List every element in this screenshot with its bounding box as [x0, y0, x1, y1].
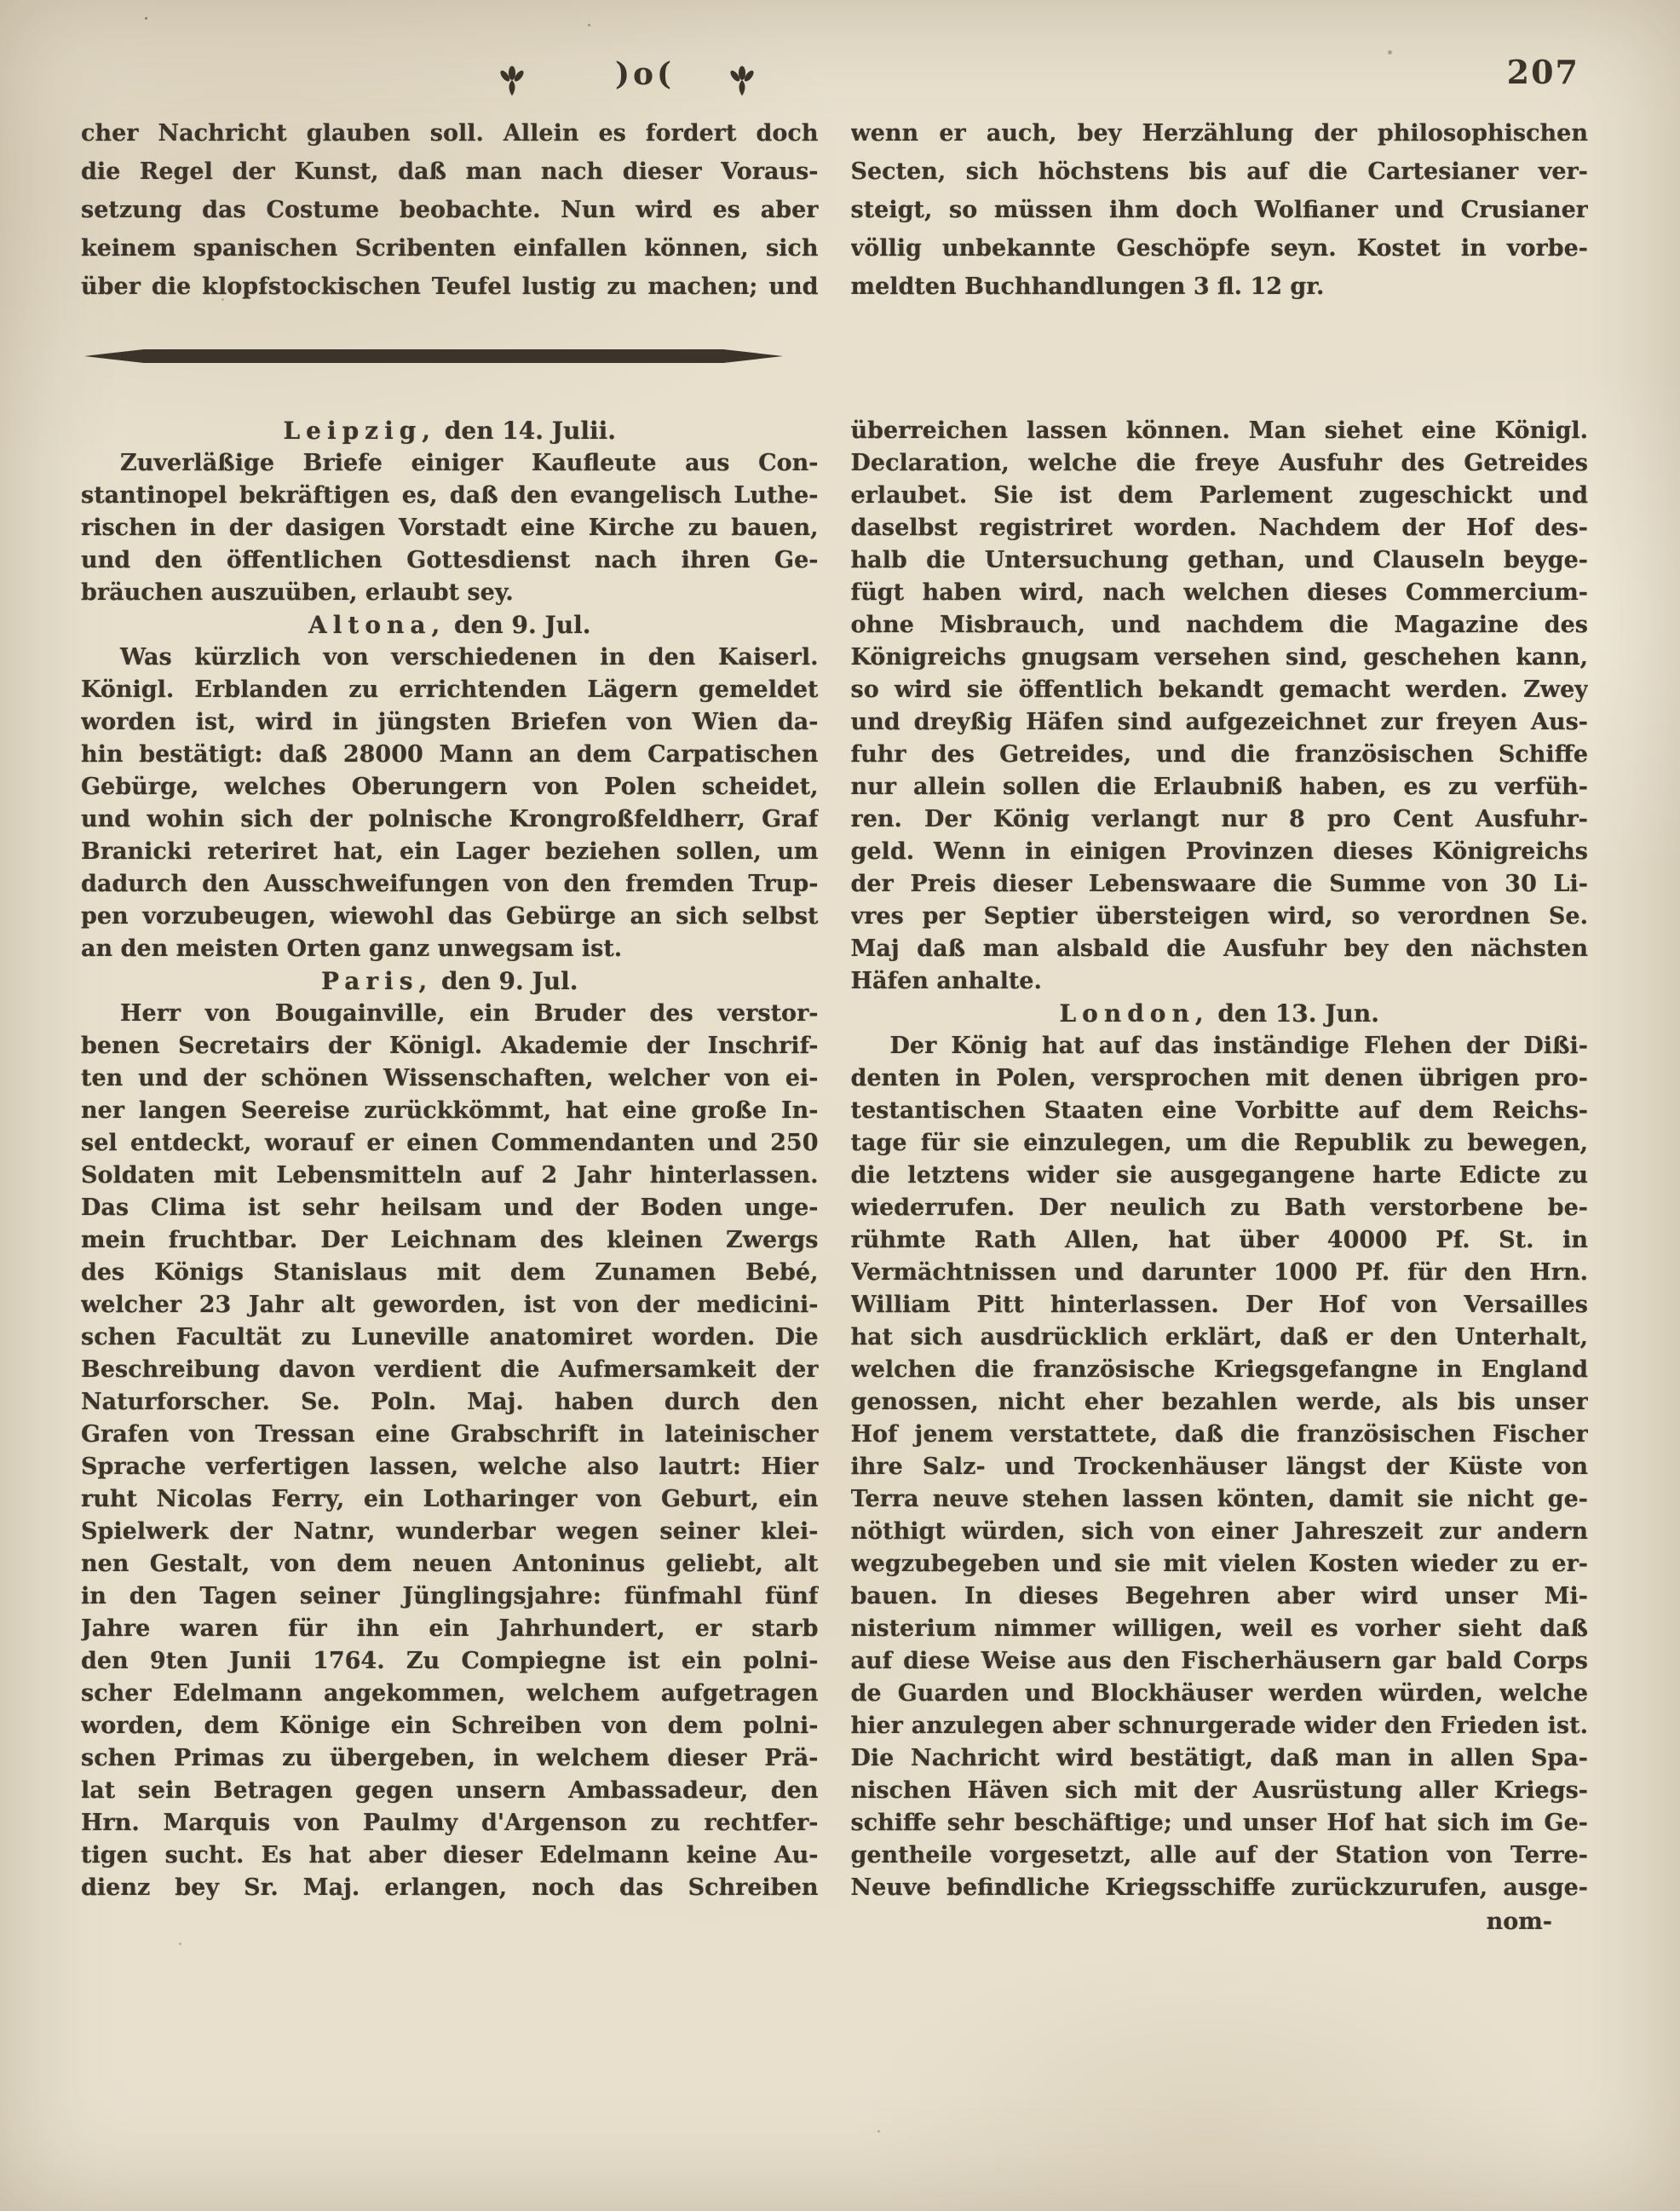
text-line: auf diese Weise aus den Fischerhäusern g… [851, 1645, 1589, 1678]
text-line: ruht Nicolas Ferry, ein Lotharinger von … [81, 1483, 819, 1516]
text-line: Terra neuve stehen lassen könten, damit … [851, 1483, 1589, 1516]
text-line: Neuve befindliche Kriegsschiffe zurückzu… [851, 1872, 1589, 1904]
text-line: Soldaten mit Lebensmitteln auf 2 Jahr hi… [81, 1160, 819, 1192]
text-line: tage für sie einzulegen, um die Republik… [851, 1127, 1589, 1160]
text-line: Jahre waren für ihn ein Jahrhundert, er … [81, 1613, 819, 1645]
text-line: vres per Septier übersteigen wird, so ve… [851, 901, 1589, 933]
text-line: Was kürzlich von verschiedenen in den Ka… [81, 642, 819, 674]
text-line: mein fruchtbar. Der Leichnam des kleinen… [81, 1224, 819, 1257]
text-line: meldten Buchhandlungen 3 fl. 12 gr. [851, 268, 1589, 306]
text-line: worden ist, wird in jüngsten Briefen von… [81, 706, 819, 739]
text-line: ren. Der König verlangt nur 8 pro Cent A… [851, 803, 1589, 836]
text-line: tigen sucht. Es hat aber dieser Edelmann… [81, 1840, 819, 1872]
text-line: Beschreibung davon verdient die Aufmersa… [81, 1354, 819, 1386]
text-line: nur allein sollen die Erlaubniß haben, e… [851, 771, 1589, 803]
text-line: daselbst registriret worden. Nachdem der… [851, 512, 1589, 544]
text-line: nischen Häven sich mit der Ausrüstung al… [851, 1775, 1589, 1807]
text-line: Häfen anhalte. [851, 965, 1589, 998]
dateline-heading: Paris, den 9. Jul. [81, 965, 819, 998]
text-line: Maj daß man alsbald die Ausfuhr bey den … [851, 933, 1589, 965]
text-line: Hrn. Marquis von Paulmy d'Argenson zu re… [81, 1807, 819, 1840]
text-line: nisterium nimmer willigen, weil es vorhe… [851, 1613, 1589, 1645]
text-line: nöthigt würden, sich von einer Jahreszei… [851, 1516, 1589, 1548]
text-line: dadurch den Ausschweifungen von den frem… [81, 868, 819, 901]
text-line: de Guarden und Blockhäuser werden würden… [851, 1678, 1589, 1710]
newspaper-page: )o( 207 cher Nachricht glauben soll. All… [0, 0, 1680, 2211]
text-line: welchen die französische Kriegsgefangne … [851, 1354, 1589, 1386]
text-line: Declaration, welche die freye Ausfuhr de… [851, 447, 1589, 480]
top-right-column: wenn er auch, bey Herzählung der philoso… [851, 114, 1589, 306]
text-line: und wohin sich der polnische Krongroßfel… [81, 803, 819, 836]
text-line: Grafen von Tressan eine Grabschrift in l… [81, 1419, 819, 1451]
text-line: pen vorzubeugen, wiewohl das Gebürge an … [81, 901, 819, 933]
text-line: William Pitt hinterlassen. Der Hof von V… [851, 1289, 1589, 1321]
top-left-column: cher Nachricht glauben soll. Allein es f… [81, 114, 819, 306]
text-line: scher Edelmann angekommen, welchem aufge… [81, 1678, 819, 1710]
text-line: lat sein Betragen gegen unsern Ambassade… [81, 1775, 819, 1807]
text-line: stantinopel bekräftigen es, daß den evan… [81, 480, 819, 512]
text-line: Zuverläßige Briefe einiger Kaufleute aus… [81, 447, 819, 480]
text-line: Secten, sich höchstens bis auf die Carte… [851, 153, 1589, 191]
text-line: dienz bey Sr. Maj. erlangen, noch das Sc… [81, 1872, 819, 1904]
text-line: des Königs Stanislaus mit dem Zunamen Be… [81, 1257, 819, 1289]
text-line: wegzubegeben und sie mit vielen Kosten w… [851, 1548, 1589, 1581]
text-line: an den meisten Orten ganz unwegsam ist. [81, 933, 819, 965]
text-line: cher Nachricht glauben soll. Allein es f… [81, 114, 819, 153]
text-line: gentheile vorgesetzt, alle auf der Stati… [851, 1840, 1589, 1872]
section-divider-rule [84, 345, 1588, 367]
text-line: völlig unbekannte Geschöpfe seyn. Kostet… [851, 229, 1589, 268]
text-line: testantischen Staaten eine Vorbitte auf … [851, 1095, 1589, 1127]
text-line: ner langen Seereise zurückkömmt, hat ein… [81, 1095, 819, 1127]
text-line: keinem spanischen Scribenten einfallen k… [81, 229, 819, 268]
text-line: und dreyßig Häfen sind aufgezeichnet zur… [851, 706, 1589, 739]
text-line: rischen in der dasigen Vorstadt eine Kir… [81, 512, 819, 544]
text-line: in den Tagen seiner Jünglingsjahre: fünf… [81, 1581, 819, 1613]
news-right-column: überreichen lassen können. Man siehet ei… [851, 415, 1589, 1904]
text-line: halb die Untersuchung gethan, und Clause… [851, 544, 1589, 577]
text-line: wiederrufen. Der neulich zu Bath verstor… [851, 1192, 1589, 1224]
text-line: rühmte Rath Allen, hat über 40000 Pf. St… [851, 1224, 1589, 1257]
news-section: Leipzig, den 14. Julii.Zuverläßige Brief… [81, 415, 1588, 1904]
text-line: schen Primas zu übergeben, in welchem di… [81, 1742, 819, 1775]
text-line: erlaubet. Sie ist dem Parlement zugeschi… [851, 480, 1589, 512]
text-line: schiffe sehr beschäftige; und unser Hof … [851, 1807, 1589, 1840]
catchword: nom- [1487, 1909, 1552, 1935]
text-line: worden, dem Könige ein Schreiben von dem… [81, 1710, 819, 1742]
signature-mark: )o( [615, 56, 675, 92]
text-line: denten in Polen, versprochen mit denen ü… [851, 1062, 1589, 1095]
text-line: Branicki reteriret hat, ein Lager bezieh… [81, 836, 819, 868]
text-line: und den öffentlichen Gottesdienst nach i… [81, 544, 819, 577]
text-line: bräuchen auszuüben, erlaubt sey. [81, 577, 819, 609]
text-line: Königreichs gnugsam versehen sind, gesch… [851, 642, 1589, 674]
text-line: den 9ten Junii 1764. Zu Compiegne ist ei… [81, 1645, 819, 1678]
dateline-heading: London, den 13. Jun. [851, 998, 1589, 1030]
text-line: Herr von Bougainville, ein Bruder des ve… [81, 998, 819, 1030]
text-line: Der König hat auf das inständige Flehen … [851, 1030, 1589, 1062]
text-line: Das Clima ist sehr heilsam und der Boden… [81, 1192, 819, 1224]
page-number: 207 [1507, 53, 1579, 91]
text-line: über die klopfstockischen Teufel lustig … [81, 268, 819, 306]
text-line: Vermächtnissen und darunter 1000 Pf. für… [851, 1257, 1589, 1289]
text-line: Hof jenem verstattete, daß die französis… [851, 1419, 1589, 1451]
text-line: überreichen lassen können. Man siehet ei… [851, 415, 1589, 447]
text-line: fuhr des Getreides, und die französische… [851, 739, 1589, 771]
text-line: Spielwerk der Natnr, wunderbar wegen sei… [81, 1516, 819, 1548]
text-line: ohne Misbrauch, und nachdem die Magazine… [851, 609, 1589, 642]
text-line: nen Gestalt, von dem neuen Antoninus gel… [81, 1548, 819, 1581]
text-line: wenn er auch, bey Herzählung der philoso… [851, 114, 1589, 153]
text-line: ten und der schönen Wissenschaften, welc… [81, 1062, 819, 1095]
dateline-heading: Altona, den 9. Jul. [81, 609, 819, 642]
text-line: Sprache verfertigen lassen, welche also … [81, 1451, 819, 1483]
text-line: schen Facultät zu Luneville anatomiret w… [81, 1321, 819, 1354]
text-line: welcher 23 Jahr alt geworden, ist von de… [81, 1289, 819, 1321]
text-line: der Preis dieser Lebenswaare die Summe v… [851, 868, 1589, 901]
text-line: ihre Salz- und Trockenhäuser längst der … [851, 1451, 1589, 1483]
text-line: die Regel der Kunst, daß man nach dieser… [81, 153, 819, 191]
page-header: )o( 207 [0, 0, 1680, 119]
text-line: fügt haben wird, nach welchen dieses Com… [851, 577, 1589, 609]
dateline-heading: Leipzig, den 14. Julii. [81, 415, 819, 447]
text-line: steigt, so müssen ihm doch Wolfianer und… [851, 191, 1589, 229]
fleuron-ornament-icon [496, 63, 528, 99]
text-line: setzung das Costume beobachte. Nun wird … [81, 191, 819, 229]
text-line: Königl. Erblanden zu errichtenden Lägern… [81, 674, 819, 706]
text-line: genossen, nicht eher bezahlen werde, als… [851, 1386, 1589, 1419]
text-line: so wird sie öffentlich bekandt gemacht w… [851, 674, 1589, 706]
text-line: bauen. In dieses Begehren aber wird unse… [851, 1581, 1589, 1613]
text-line: geld. Wenn in einigen Provinzen dieses K… [851, 836, 1589, 868]
news-left-column: Leipzig, den 14. Julii.Zuverläßige Brief… [81, 415, 819, 1904]
fleuron-ornament-icon [726, 63, 758, 99]
text-line: hin bestätigt: daß 28000 Mann an dem Car… [81, 739, 819, 771]
text-line: hier anzulegen aber schnurgerade wider d… [851, 1710, 1589, 1742]
text-line: Naturforscher. Se. Poln. Maj. haben durc… [81, 1386, 819, 1419]
text-line: Gebürge, welches Oberungern von Polen sc… [81, 771, 819, 803]
text-line: sel entdeckt, worauf er einen Commendant… [81, 1127, 819, 1160]
text-line: Die Nachricht wird bestätigt, daß man in… [851, 1742, 1589, 1775]
text-block: cher Nachricht glauben soll. Allein es f… [81, 114, 1588, 1904]
text-line: die letztens wider sie ausgegangene hart… [851, 1160, 1589, 1192]
text-line: benen Secretairs der Königl. Akademie de… [81, 1030, 819, 1062]
article-continuation: cher Nachricht glauben soll. Allein es f… [81, 114, 1588, 306]
text-line: hat sich ausdrücklich erklärt, daß er de… [851, 1321, 1589, 1354]
